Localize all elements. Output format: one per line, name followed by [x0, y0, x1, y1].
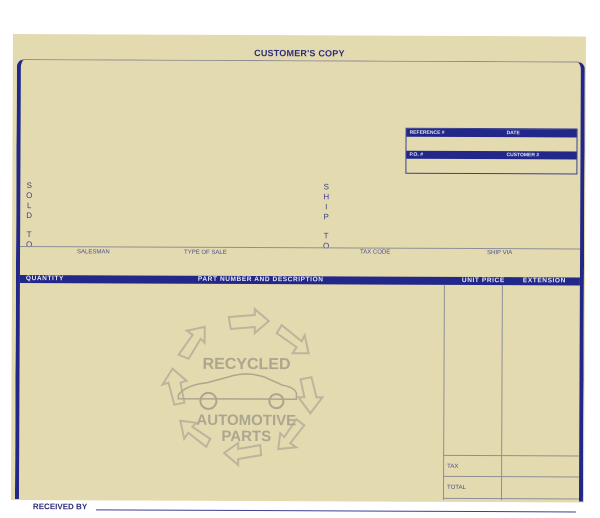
sold-to-area[interactable]: [38, 174, 318, 245]
ship-to-label: SHIPTO: [321, 182, 331, 251]
received-by-label: RECEIVED BY: [33, 502, 87, 511]
po-field[interactable]: [406, 159, 503, 174]
svg-text:PARTS: PARTS: [221, 428, 271, 445]
tax-code-field[interactable]: [320, 257, 460, 276]
unit-price-header: UNIT PRICE: [462, 277, 505, 285]
reference-field[interactable]: [406, 137, 503, 151]
svg-text:AUTOMOTIVE: AUTOMOTIVE: [196, 412, 296, 429]
svg-text:RECYCLED: RECYCLED: [203, 356, 291, 373]
total-label: TOTAL: [447, 485, 466, 491]
extension-header: EXTENSION: [523, 277, 566, 285]
reference-box: REFERENCE # DATE P.O. # CUSTOMER #: [405, 128, 577, 175]
customer-number-field[interactable]: [503, 159, 578, 174]
tax-label: TAX: [447, 464, 458, 470]
total-amount-field[interactable]: [502, 477, 579, 498]
tax-amount-field[interactable]: [502, 456, 579, 476]
form-title: CUSTOMER'S COPY: [13, 47, 586, 60]
reference-label: REFERENCE #: [410, 129, 445, 137]
customer-number-label: CUSTOMER #: [506, 151, 539, 159]
sold-to-label: SOLDTO: [24, 181, 34, 250]
invoice-form: CUSTOMER'S COPY REFERENCE # DATE P.O. # …: [11, 34, 586, 502]
received-by-signature-line[interactable]: [96, 509, 576, 512]
salesman-field[interactable]: [20, 256, 170, 275]
ship-to-area[interactable]: [334, 175, 574, 246]
po-label: P.O. #: [409, 151, 423, 159]
salesman-label: SALESMAN: [77, 249, 110, 255]
type-of-sale-field[interactable]: [170, 257, 320, 276]
unit-price-area[interactable]: [444, 285, 502, 455]
date-field[interactable]: [503, 137, 578, 151]
quantity-header: QUANTITY: [26, 275, 64, 283]
extension-area[interactable]: [502, 285, 580, 455]
date-label: DATE: [507, 129, 520, 137]
ship-via-field[interactable]: [460, 258, 580, 277]
recycled-parts-watermark-icon: RECYCLED AUTOMOTIVE PARTS: [146, 297, 347, 478]
tax-code-label: TAX CODE: [360, 250, 390, 256]
ship-via-label: SHIP VIA: [487, 250, 512, 256]
type-of-sale-label: TYPE OF SALE: [184, 250, 227, 256]
